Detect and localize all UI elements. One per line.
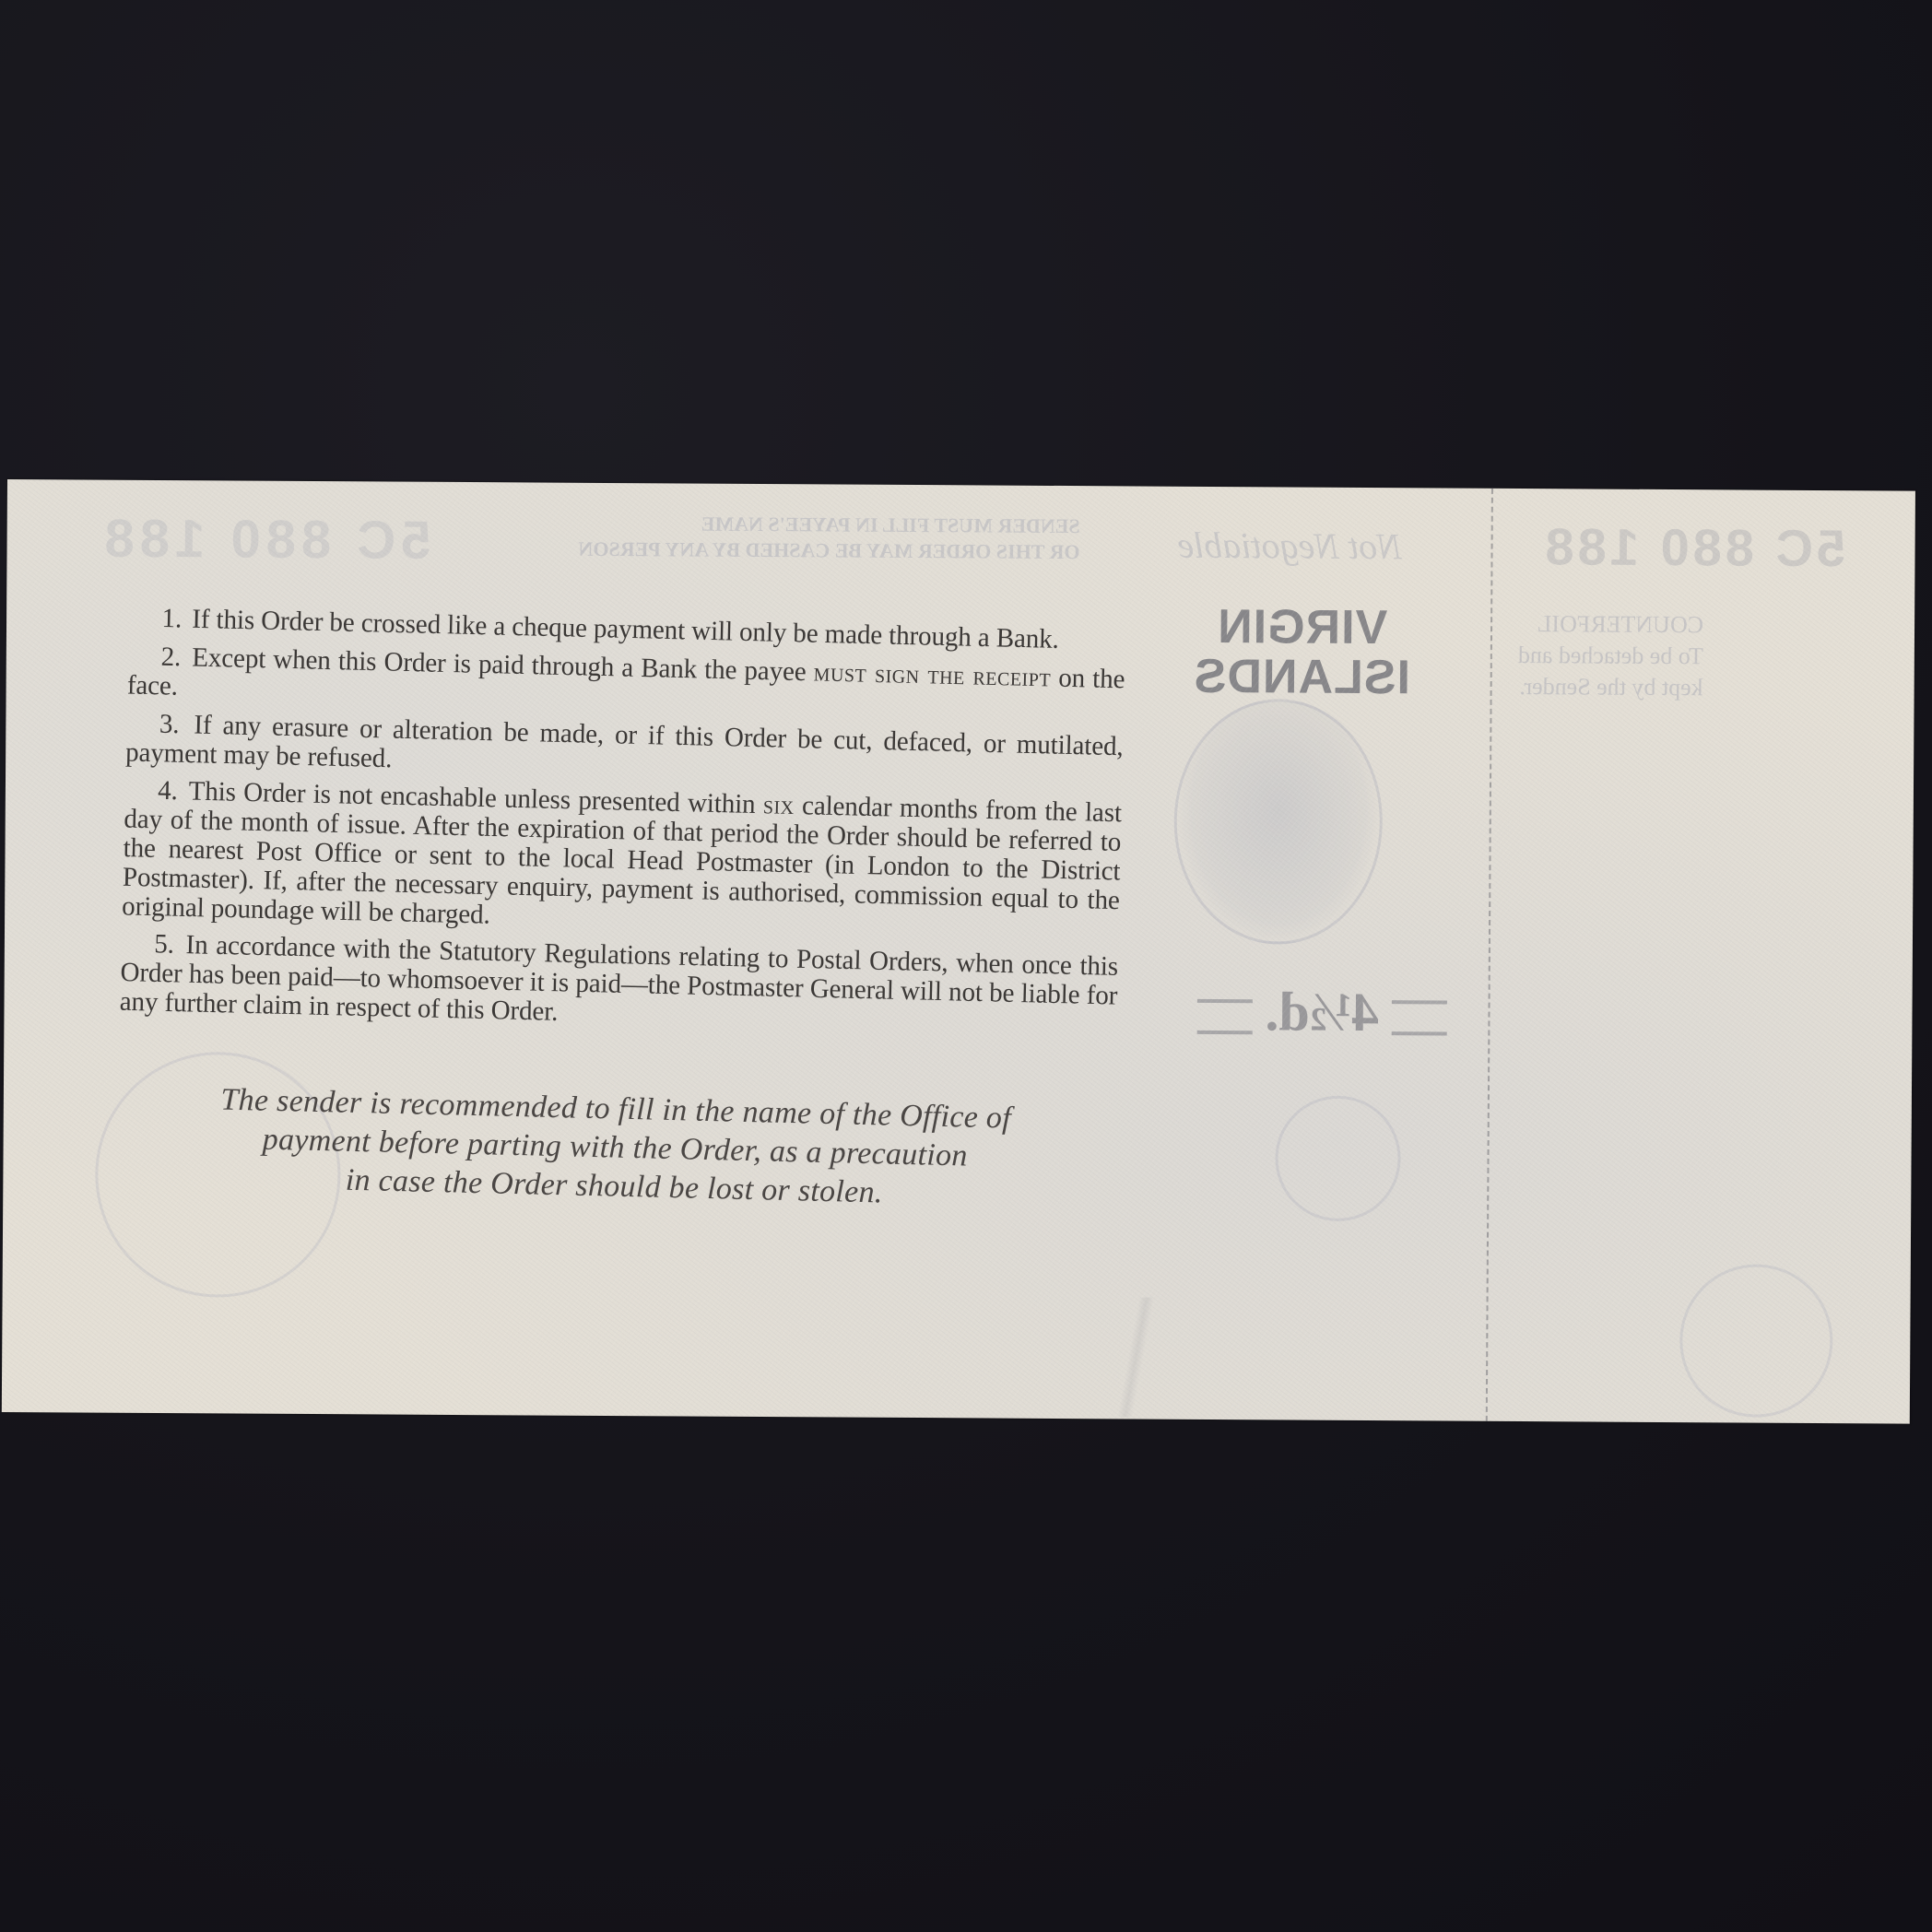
ghost-not-negotiable: Not Negotiable: [1177, 524, 1402, 568]
scan-background: 5C 880 188 SENDER MUST FILL IN PAYEE'S N…: [0, 0, 1932, 1932]
ghost-header-line: SENDER MUST FILL IN PAYEE'S NAME: [579, 511, 1080, 539]
ghost-value-bars: [1196, 999, 1252, 1034]
clause-5: 5. In accordance with the Statutory Regu…: [119, 929, 1118, 1040]
ghost-stub-line: COUNTERFOIL: [1518, 608, 1703, 641]
clause-text: Except when this Order is paid through a…: [192, 642, 807, 687]
ghost-stub-line: kept by the Sender.: [1518, 671, 1703, 703]
clause-number: 5.: [154, 929, 174, 960]
clause-emphasis: SIX: [763, 790, 795, 820]
clause-number: 1.: [161, 604, 182, 634]
perforation-line: [1486, 489, 1493, 1421]
ghost-value-bars: [1392, 1000, 1447, 1035]
ghost-serial-number-right: 5C 880 188: [1541, 516, 1845, 578]
ghost-serial-number-left: 5C 880 188: [99, 508, 430, 571]
ghost-postmark-circle: [1679, 1264, 1833, 1418]
ghost-country-line-2: ISLANDS: [1194, 652, 1411, 702]
ghost-value-denomination: 4½d.: [1184, 980, 1460, 1045]
ghost-value-text: 4½d.: [1265, 981, 1379, 1043]
ghost-header-text: SENDER MUST FILL IN PAYEE'S NAME OR THIS…: [578, 511, 1079, 565]
ghost-postmark-circle: [1275, 1095, 1401, 1221]
paper-crease: [1108, 1297, 1164, 1417]
clause-number: 4.: [158, 775, 178, 806]
clause-number: 2.: [160, 642, 181, 672]
conditions-text-block: 1. If this Order be crossed like a chequ…: [115, 604, 1126, 1218]
ghost-header-line: OR THIS ORDER MAY BE CASHED BY ANY PERSO…: [578, 536, 1079, 565]
sender-recommendation-note: The sender is recommended to fill in the…: [115, 1078, 1115, 1218]
ghost-counterfoil-text: COUNTERFOIL To be detached and kept by t…: [1518, 608, 1704, 703]
ghost-stub-line: To be detached and: [1518, 640, 1703, 672]
ghost-country-line-1: VIRGIN: [1194, 602, 1411, 653]
clause-4: 4. This Order is not encashable unless p…: [122, 775, 1122, 945]
ghost-country-name: VIRGIN ISLANDS: [1194, 602, 1411, 702]
clause-number: 3.: [159, 709, 180, 739]
clause-emphasis: MUST SIGN THE RECEIPT: [813, 657, 1051, 693]
clause-text: In accordance with the Statutory Regulat…: [119, 930, 1118, 1027]
ghost-portrait-medallion: [1173, 699, 1384, 945]
